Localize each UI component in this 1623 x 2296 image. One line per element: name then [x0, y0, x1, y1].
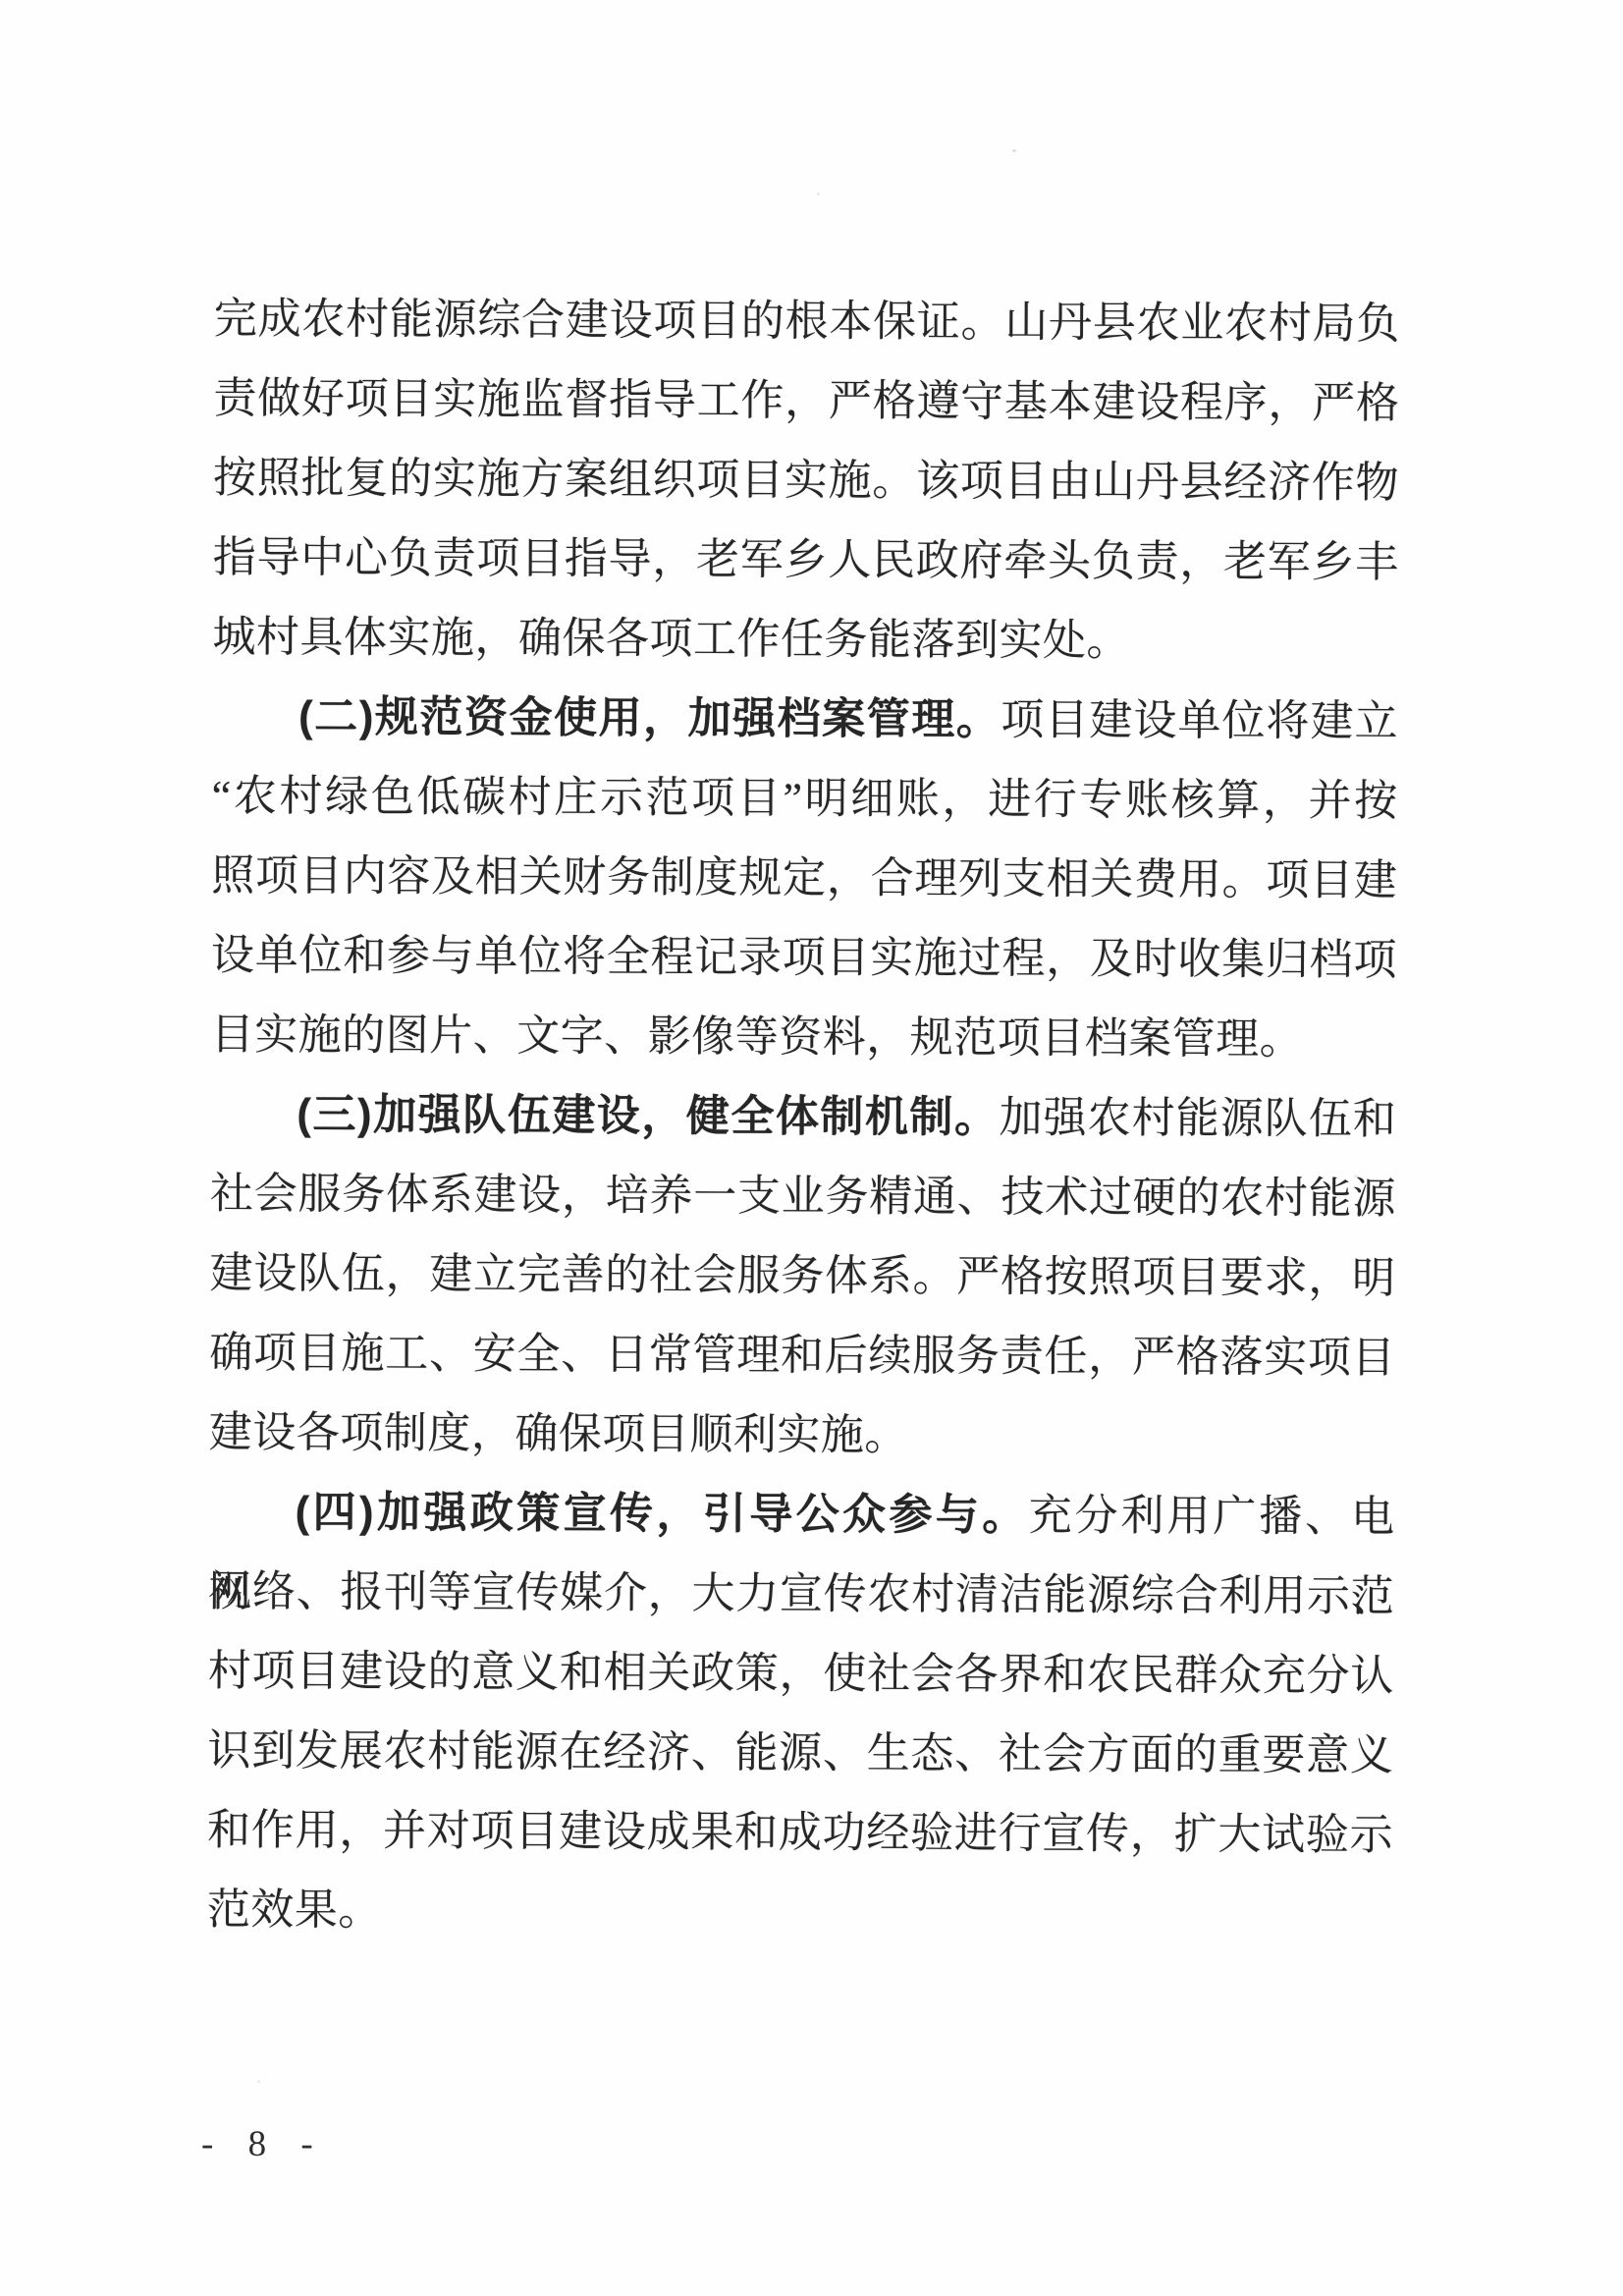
- text-line: 设单位和参与单位将全程记录项目实施过程，及时收集归档项: [211, 915, 1397, 1000]
- page-number: - 8 -: [201, 2123, 317, 2165]
- text-line: 完成农村能源综合建设项目的根本保证。山丹县农业农村局负: [214, 279, 1400, 363]
- text-line: 目实施的图片、文字、影像等资料，规范项目档案管理。: [210, 995, 1396, 1079]
- text-line: 确项目施工、安全、日常管理和后续服务责任，严格落实项目: [209, 1313, 1395, 1397]
- text-line: 城村具体实施，确保各项工作任务能落到实处。: [212, 597, 1398, 682]
- document-page: 完成农村能源综合建设项目的根本保证。山丹县农业农村局负 责做好项目实施监督指导工…: [0, 0, 1623, 2296]
- section-heading: (四)加强政策宣传，引导公众参与。: [295, 1488, 1028, 1539]
- text-line: “农村绿色低碳村庄示范项目”明细账，进行专账核算，并按: [212, 756, 1398, 841]
- text-line: 和作用，并对项目建设成果和成功经验进行宣传，扩大试验示: [207, 1790, 1393, 1875]
- scan-speck: [257, 2080, 260, 2083]
- text-line: 建设队伍，建立完善的社会服务体系。严格按照项目要求，明: [209, 1233, 1395, 1318]
- text-line: 按照批复的实施方案组织项目实施。该项目由山丹县经济作物: [213, 438, 1399, 522]
- text-run: 项目建设单位将建立: [1001, 696, 1398, 746]
- text-run: 加强农村能源队伍和: [999, 1093, 1396, 1143]
- text-line: 识到发展农村能源在经济、能源、生态、社会方面的重要意义: [207, 1711, 1393, 1795]
- section-heading: (三)加强队伍建设，健全体制机制。: [297, 1090, 999, 1141]
- text-line: 网络、报刊等宣传媒介，大力宣传农村清洁能源综合利用示范: [208, 1552, 1394, 1636]
- scan-speck: [817, 192, 820, 195]
- text-line: 照项目内容及相关财务制度规定，合理列支相关费用。项目建: [211, 836, 1397, 920]
- text-line: 范效果。: [207, 1870, 1393, 1954]
- body-text: 完成农村能源综合建设项目的根本保证。山丹县农业农村局负 责做好项目实施监督指导工…: [207, 279, 1400, 1954]
- text-line: 建设各项制度，确保项目顺利实施。: [209, 1393, 1395, 1477]
- section-heading-line: (四)加强政策宣传，引导公众参与。充分利用广播、电视、: [208, 1472, 1394, 1557]
- text-line: 村项目建设的意义和相关政策，使社会各界和农民群众充分认: [208, 1631, 1394, 1716]
- text-line: 社会服务体系建设，培养一支业务精通、技术过硬的农村能源: [210, 1154, 1396, 1238]
- scan-speck: [1012, 149, 1016, 152]
- section-heading: (二)规范资金使用，加强档案管理。: [298, 692, 1001, 743]
- text-line: 责做好项目实施监督指导工作，严格遵守基本建设程序，严格: [213, 358, 1399, 443]
- section-heading-line: (三)加强队伍建设，健全体制机制。加强农村能源队伍和: [210, 1074, 1396, 1159]
- section-heading-line: (二)规范资金使用，加强档案管理。项目建设单位将建立: [212, 677, 1398, 761]
- text-line: 指导中心负责项目指导，老军乡人民政府牵头负责，老军乡丰: [213, 518, 1399, 602]
